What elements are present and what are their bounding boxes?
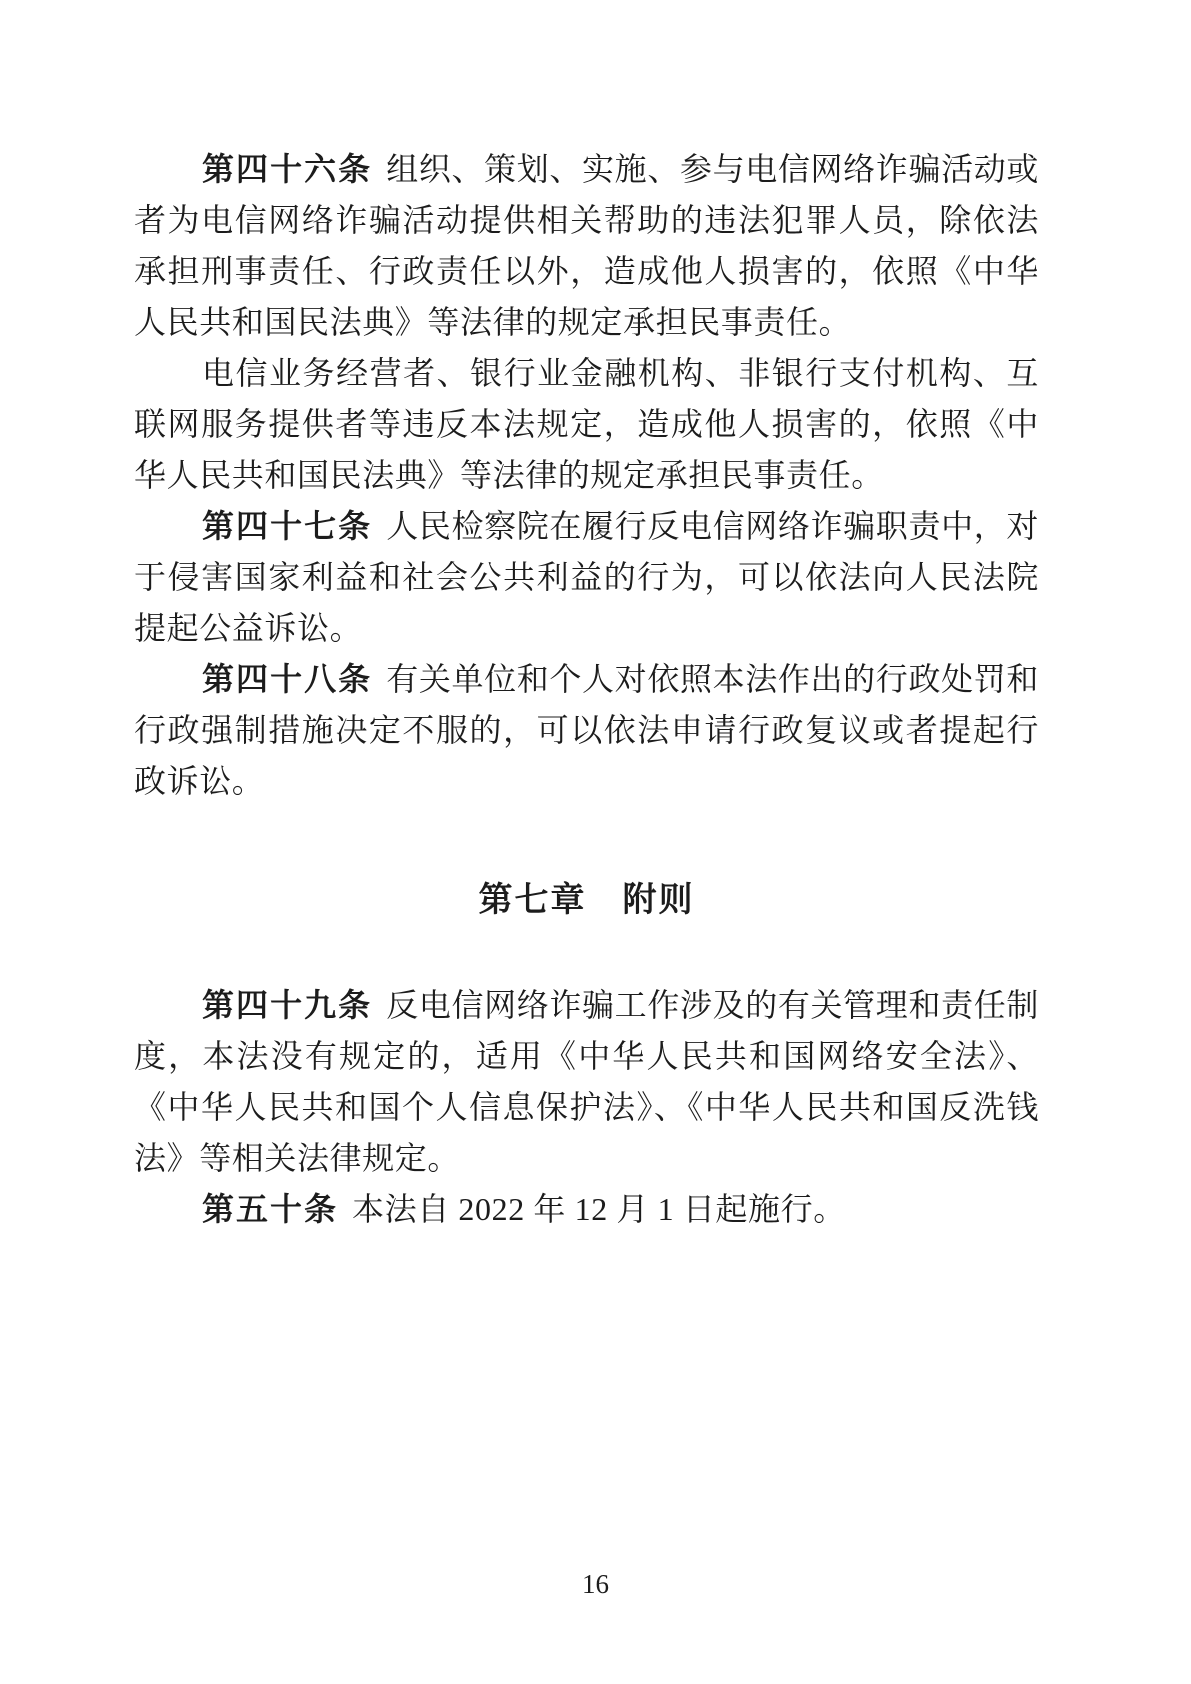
article-47-paragraph: 第四十七条人民检察院在履行反电信网络诈骗职责中，对于侵害国家利益和社会公共利益的… — [134, 501, 1039, 654]
chapter-number: 第七章 — [479, 881, 587, 919]
page-number: 16 — [582, 1569, 609, 1599]
article-50-text: 本法自 2022 年 12 月 1 日起施行。 — [352, 1191, 846, 1227]
article-46-paragraph-2: 电信业务经营者、银行业金融机构、非银行支付机构、互联网服务提供者等违反本法规定，… — [134, 348, 1039, 501]
article-50-label: 第五十条 — [202, 1191, 338, 1227]
article-50-paragraph: 第五十条本法自 2022 年 12 月 1 日起施行。 — [134, 1184, 1039, 1235]
chapter-title: 附则 — [623, 881, 695, 919]
article-48-label: 第四十八条 — [202, 661, 372, 697]
page-footer: 16 — [0, 1567, 1191, 1601]
article-49-paragraph: 第四十九条反电信网络诈骗工作涉及的有关管理和责任制度，本法没有规定的，适用《中华… — [134, 980, 1039, 1184]
article-46-paragraph-1: 第四十六条组织、策划、实施、参与电信网络诈骗活动或者为电信网络诈骗活动提供相关帮… — [134, 144, 1039, 348]
chapter-7-heading: 第七章附则 — [134, 875, 1039, 926]
article-47-label: 第四十七条 — [202, 508, 372, 544]
article-46-label: 第四十六条 — [202, 151, 372, 187]
article-49-label: 第四十九条 — [202, 987, 372, 1023]
article-48-paragraph: 第四十八条有关单位和个人对依照本法作出的行政处罚和行政强制措施决定不服的，可以依… — [134, 654, 1039, 807]
document-page: 第四十六条组织、策划、实施、参与电信网络诈骗活动或者为电信网络诈骗活动提供相关帮… — [0, 0, 1191, 1684]
article-46-paragraph-2-text: 电信业务经营者、银行业金融机构、非银行支付机构、互联网服务提供者等违反本法规定，… — [134, 355, 1039, 493]
document-body: 第四十六条组织、策划、实施、参与电信网络诈骗活动或者为电信网络诈骗活动提供相关帮… — [134, 144, 1039, 1235]
